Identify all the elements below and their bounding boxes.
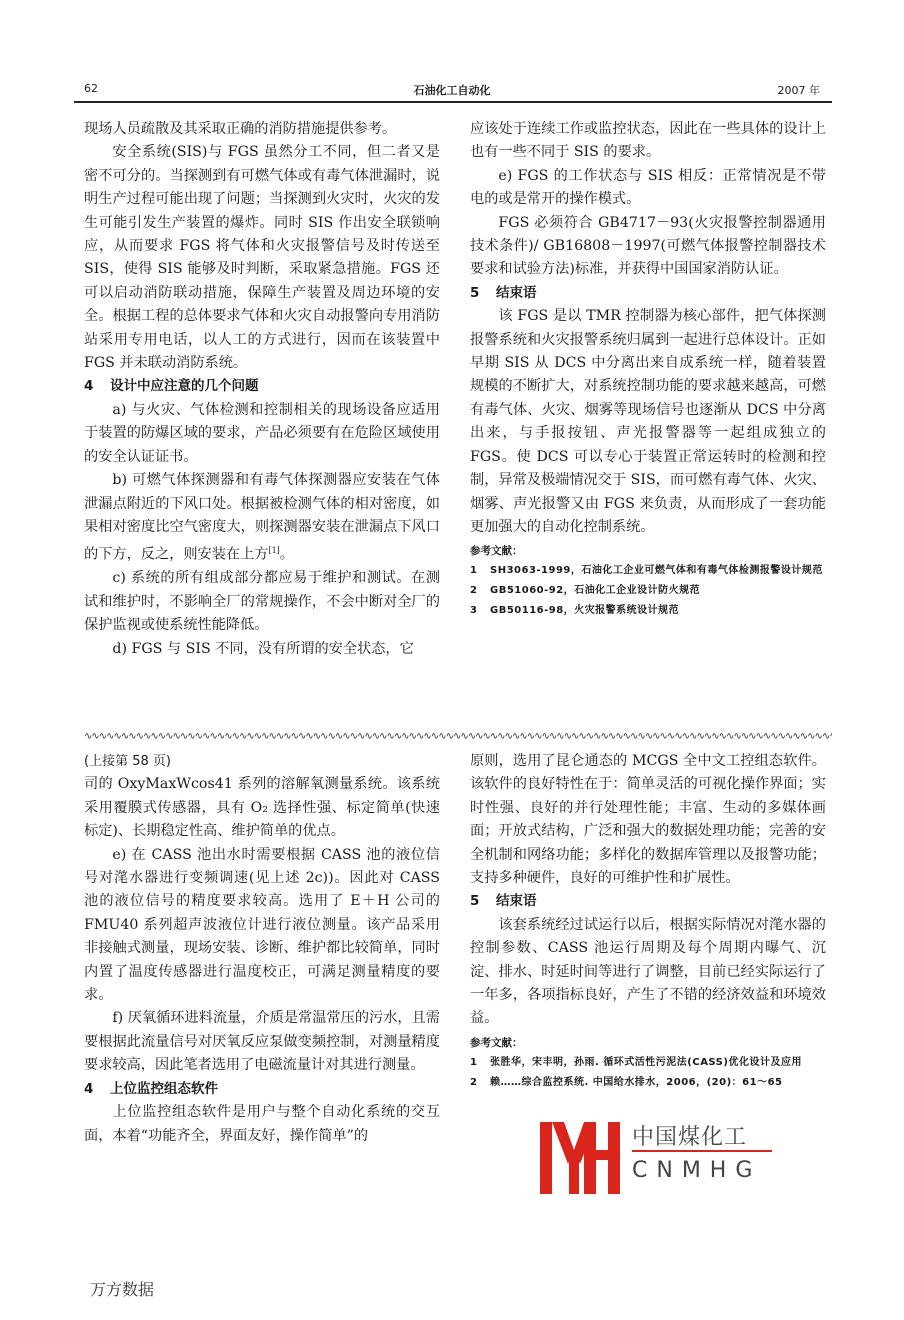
mh-logo-icon [540,1120,620,1195]
paragraph-text: a) 与火灾、气体检测和控制相关的现场设备应适用于装置的防爆区域的要求，产品必须… [84,402,440,465]
reference-item: 2赖……综合监控系统. 中国给水排水，2006，(20)：61～65 [470,1073,826,1093]
section-heading: 4设计中应注意的几个问题 [84,375,440,398]
article-separator: ∿∿∿∿∿∿∿∿∿∿∿∿∿∿∿∿∿∿∿∿∿∿∿∿∿∿∿∿∿∿∿∿∿∿∿∿∿∿∿∿… [84,732,832,742]
reference-number: 2 [470,581,490,601]
section-number: 5 [470,282,496,305]
body-paragraph: c) 系统的所有组成部分都应易于维护和测试。在测试和维护时，不影响全厂的常规操作… [84,567,440,637]
paragraph-text: 现场人员疏散及其采取正确的消防措施提供参考。 [84,121,396,137]
body-paragraph: 该 FGS 是以 TMR 控制器为核心部件，把气体探测报警系统和火灾报警系统归属… [470,305,826,539]
body-paragraph: 现场人员疏散及其采取正确的消防措施提供参考。 [84,118,440,141]
top-article-right-body: 应该处于连续工作或监控状态，因此在一些具体的设计上也有一些不同于 SIS 的要求… [470,118,826,539]
section-title: 结束语 [496,285,537,301]
reference-item: 3GB50116-98，火灾报警系统设计规范 [470,601,826,621]
reference-text: 张胜华，宋丰明，孙雨. 循环式活性污泥法(CASS)优化设计及应用 [490,1057,802,1068]
reference-text: 赖……综合监控系统. 中国给水排水，2006，(20)：61～65 [490,1077,783,1088]
footer-brand: 万方数据 [90,1277,154,1300]
body-paragraph: 上位监控组态软件是用户与整个自动化系统的交互面，本着“功能齐全，界面友好，操作简… [84,1101,440,1148]
body-paragraph: f) 厌氧循环进料流量，介质是常温常压的污水，且需要根据此流量信号对厌氧反应泵做… [84,1007,440,1077]
reference-item: 1SH3063-1999，石油化工企业可燃气体和有毒气体检测报警设计规范 [470,561,826,581]
paragraph-text: 应该处于连续工作或监控状态，因此在一些具体的设计上也有一些不同于 SIS 的要求… [470,121,826,160]
watermark-rule [632,1150,772,1152]
paragraph-text: e) FGS 的工作状态与 SIS 相反：正常情况是不带电的或是常开的操作模式。 [470,168,826,207]
citation-marker: [1] [268,546,279,555]
header-rule [74,101,832,103]
continued-from-note: (上接第 58 页) [84,750,440,773]
section-title: 上位监控组态软件 [110,1081,218,1097]
reference-number: 3 [470,601,490,621]
reference-number: 1 [470,1053,490,1073]
body-paragraph: b) 可燃气体探测器和有毒气体探测器应安装在气体泄漏点附近的下风口处。根据被检测… [84,469,440,567]
watermark-name-en: CNMHG [632,1158,761,1183]
reference-number: 2 [470,1073,490,1093]
section-heading: 5结束语 [470,282,826,305]
references-list: 1SH3063-1999，石油化工企业可燃气体和有毒气体检测报警设计规范2GB5… [470,561,826,621]
paragraph-text: e) 在 CASS 池出水时需要根据 CASS 池的液位信号对滗水器进行变频调速… [84,847,440,1003]
section-number: 5 [470,890,496,913]
body-paragraph: e) FGS 的工作状态与 SIS 相反：正常情况是不带电的或是常开的操作模式。 [470,165,826,212]
paragraph-text: 原则，选用了昆仑通态的 MCGS 全中文工控组态软件。该软件的良好特性在于：简单… [470,753,826,886]
section-title: 结束语 [496,893,537,909]
top-article-left-column: 现场人员疏散及其采取正确的消防措施提供参考。安全系统(SIS)与 FGS 虽然分… [84,118,440,661]
watermark-name-cn: 中国煤化工 [632,1120,747,1151]
body-paragraph: a) 与火灾、气体检测和控制相关的现场设备应适用于装置的防爆区域的要求，产品必须… [84,399,440,469]
cnmhg-watermark: 中国煤化工 CNMHG [540,1120,780,1195]
running-header: 62 石油化工自动化 2007 年 [84,78,820,100]
paragraph-text: 该 FGS 是以 TMR 控制器为核心部件，把气体探测报警系统和火灾报警系统归属… [470,308,826,535]
reference-text: GB51060-92，石油化工企业设计防火规范 [490,585,700,596]
body-paragraph: e) 在 CASS 池出水时需要根据 CASS 池的液位信号对滗水器进行变频调速… [84,844,440,1008]
section-number: 4 [84,1078,110,1101]
body-paragraph: d) FGS 与 SIS 不同，没有所谓的安全状态，它 [84,638,440,661]
paragraph-text: 该套系统经过试运行以后，根据实际情况对滗水器的控制参数、CASS 池运行周期及每… [470,917,826,1027]
body-paragraph: 应该处于连续工作或监控状态，因此在一些具体的设计上也有一些不同于 SIS 的要求… [470,118,826,165]
paragraph-text: f) 厌氧循环进料流量，介质是常温常压的污水，且需要根据此流量信号对厌氧反应泵做… [84,1010,440,1073]
publication-year: 2007 年 [778,82,821,98]
body-paragraph: 司的 OxyMaxWcos41 系列的溶解氧测量系统。该系统采用覆膜式传感器，具… [84,773,440,843]
bottom-article-left-column: (上接第 58 页) 司的 OxyMaxWcos41 系列的溶解氧测量系统。该系… [84,750,440,1148]
body-paragraph: FGS 必须符合 GB4717－93(火灾报警控制器通用技术条件)/ GB168… [470,212,826,282]
section-heading: 5结束语 [470,890,826,913]
section-title: 设计中应注意的几个问题 [110,378,259,394]
bottom-article-right-body: 原则，选用了昆仑通态的 MCGS 全中文工控组态软件。该软件的良好特性在于：简单… [470,750,826,1031]
body-paragraph: 该套系统经过试运行以后，根据实际情况对滗水器的控制参数、CASS 池运行周期及每… [470,914,826,1031]
paragraph-text: FGS 必须符合 GB4717－93(火灾报警控制器通用技术条件)/ GB168… [470,215,826,278]
paragraph-text: d) FGS 与 SIS 不同，没有所谓的安全状态，它 [112,641,413,657]
section-heading: 4上位监控组态软件 [84,1078,440,1101]
references-heading: 参考文献： [470,1033,826,1053]
bottom-article-left-body: 司的 OxyMaxWcos41 系列的溶解氧测量系统。该系统采用覆膜式传感器，具… [84,773,440,1148]
paragraph-text: c) 系统的所有组成部分都应易于维护和测试。在测试和维护时，不影响全厂的常规操作… [84,570,440,633]
reference-text: GB50116-98，火灾报警系统设计规范 [490,605,679,616]
bottom-article-right-column: 原则，选用了昆仑通态的 MCGS 全中文工控组态软件。该软件的良好特性在于：简单… [470,750,826,1093]
paragraph-text: 司的 OxyMaxWcos41 系列的溶解氧测量系统。该系统采用覆膜式传感器，具… [84,776,440,839]
section-number: 4 [84,375,110,398]
journal-title: 石油化工自动化 [84,82,820,98]
body-paragraph: 安全系统(SIS)与 FGS 虽然分工不同，但二者又是密不可分的。当探测到有可燃… [84,141,440,375]
body-paragraph: 原则，选用了昆仑通态的 MCGS 全中文工控组态软件。该软件的良好特性在于：简单… [470,750,826,890]
paragraph-text: 安全系统(SIS)与 FGS 虽然分工不同，但二者又是密不可分的。当探测到有可燃… [84,144,440,371]
reference-number: 1 [470,561,490,581]
paragraph-text: b) 可燃气体探测器和有毒气体探测器应安装在气体泄漏点附近的下风口处。根据被检测… [84,472,440,563]
top-article-right-column: 应该处于连续工作或监控状态，因此在一些具体的设计上也有一些不同于 SIS 的要求… [470,118,826,621]
reference-item: 2GB51060-92，石油化工企业设计防火规范 [470,581,826,601]
reference-text: SH3063-1999，石油化工企业可燃气体和有毒气体检测报警设计规范 [490,565,823,576]
paragraph-text: 上位监控组态软件是用户与整个自动化系统的交互面，本着“功能齐全，界面友好，操作简… [84,1104,440,1143]
references-list: 1张胜华，宋丰明，孙雨. 循环式活性污泥法(CASS)优化设计及应用2赖……综合… [470,1053,826,1093]
reference-item: 1张胜华，宋丰明，孙雨. 循环式活性污泥法(CASS)优化设计及应用 [470,1053,826,1073]
references-heading: 参考文献： [470,541,826,561]
